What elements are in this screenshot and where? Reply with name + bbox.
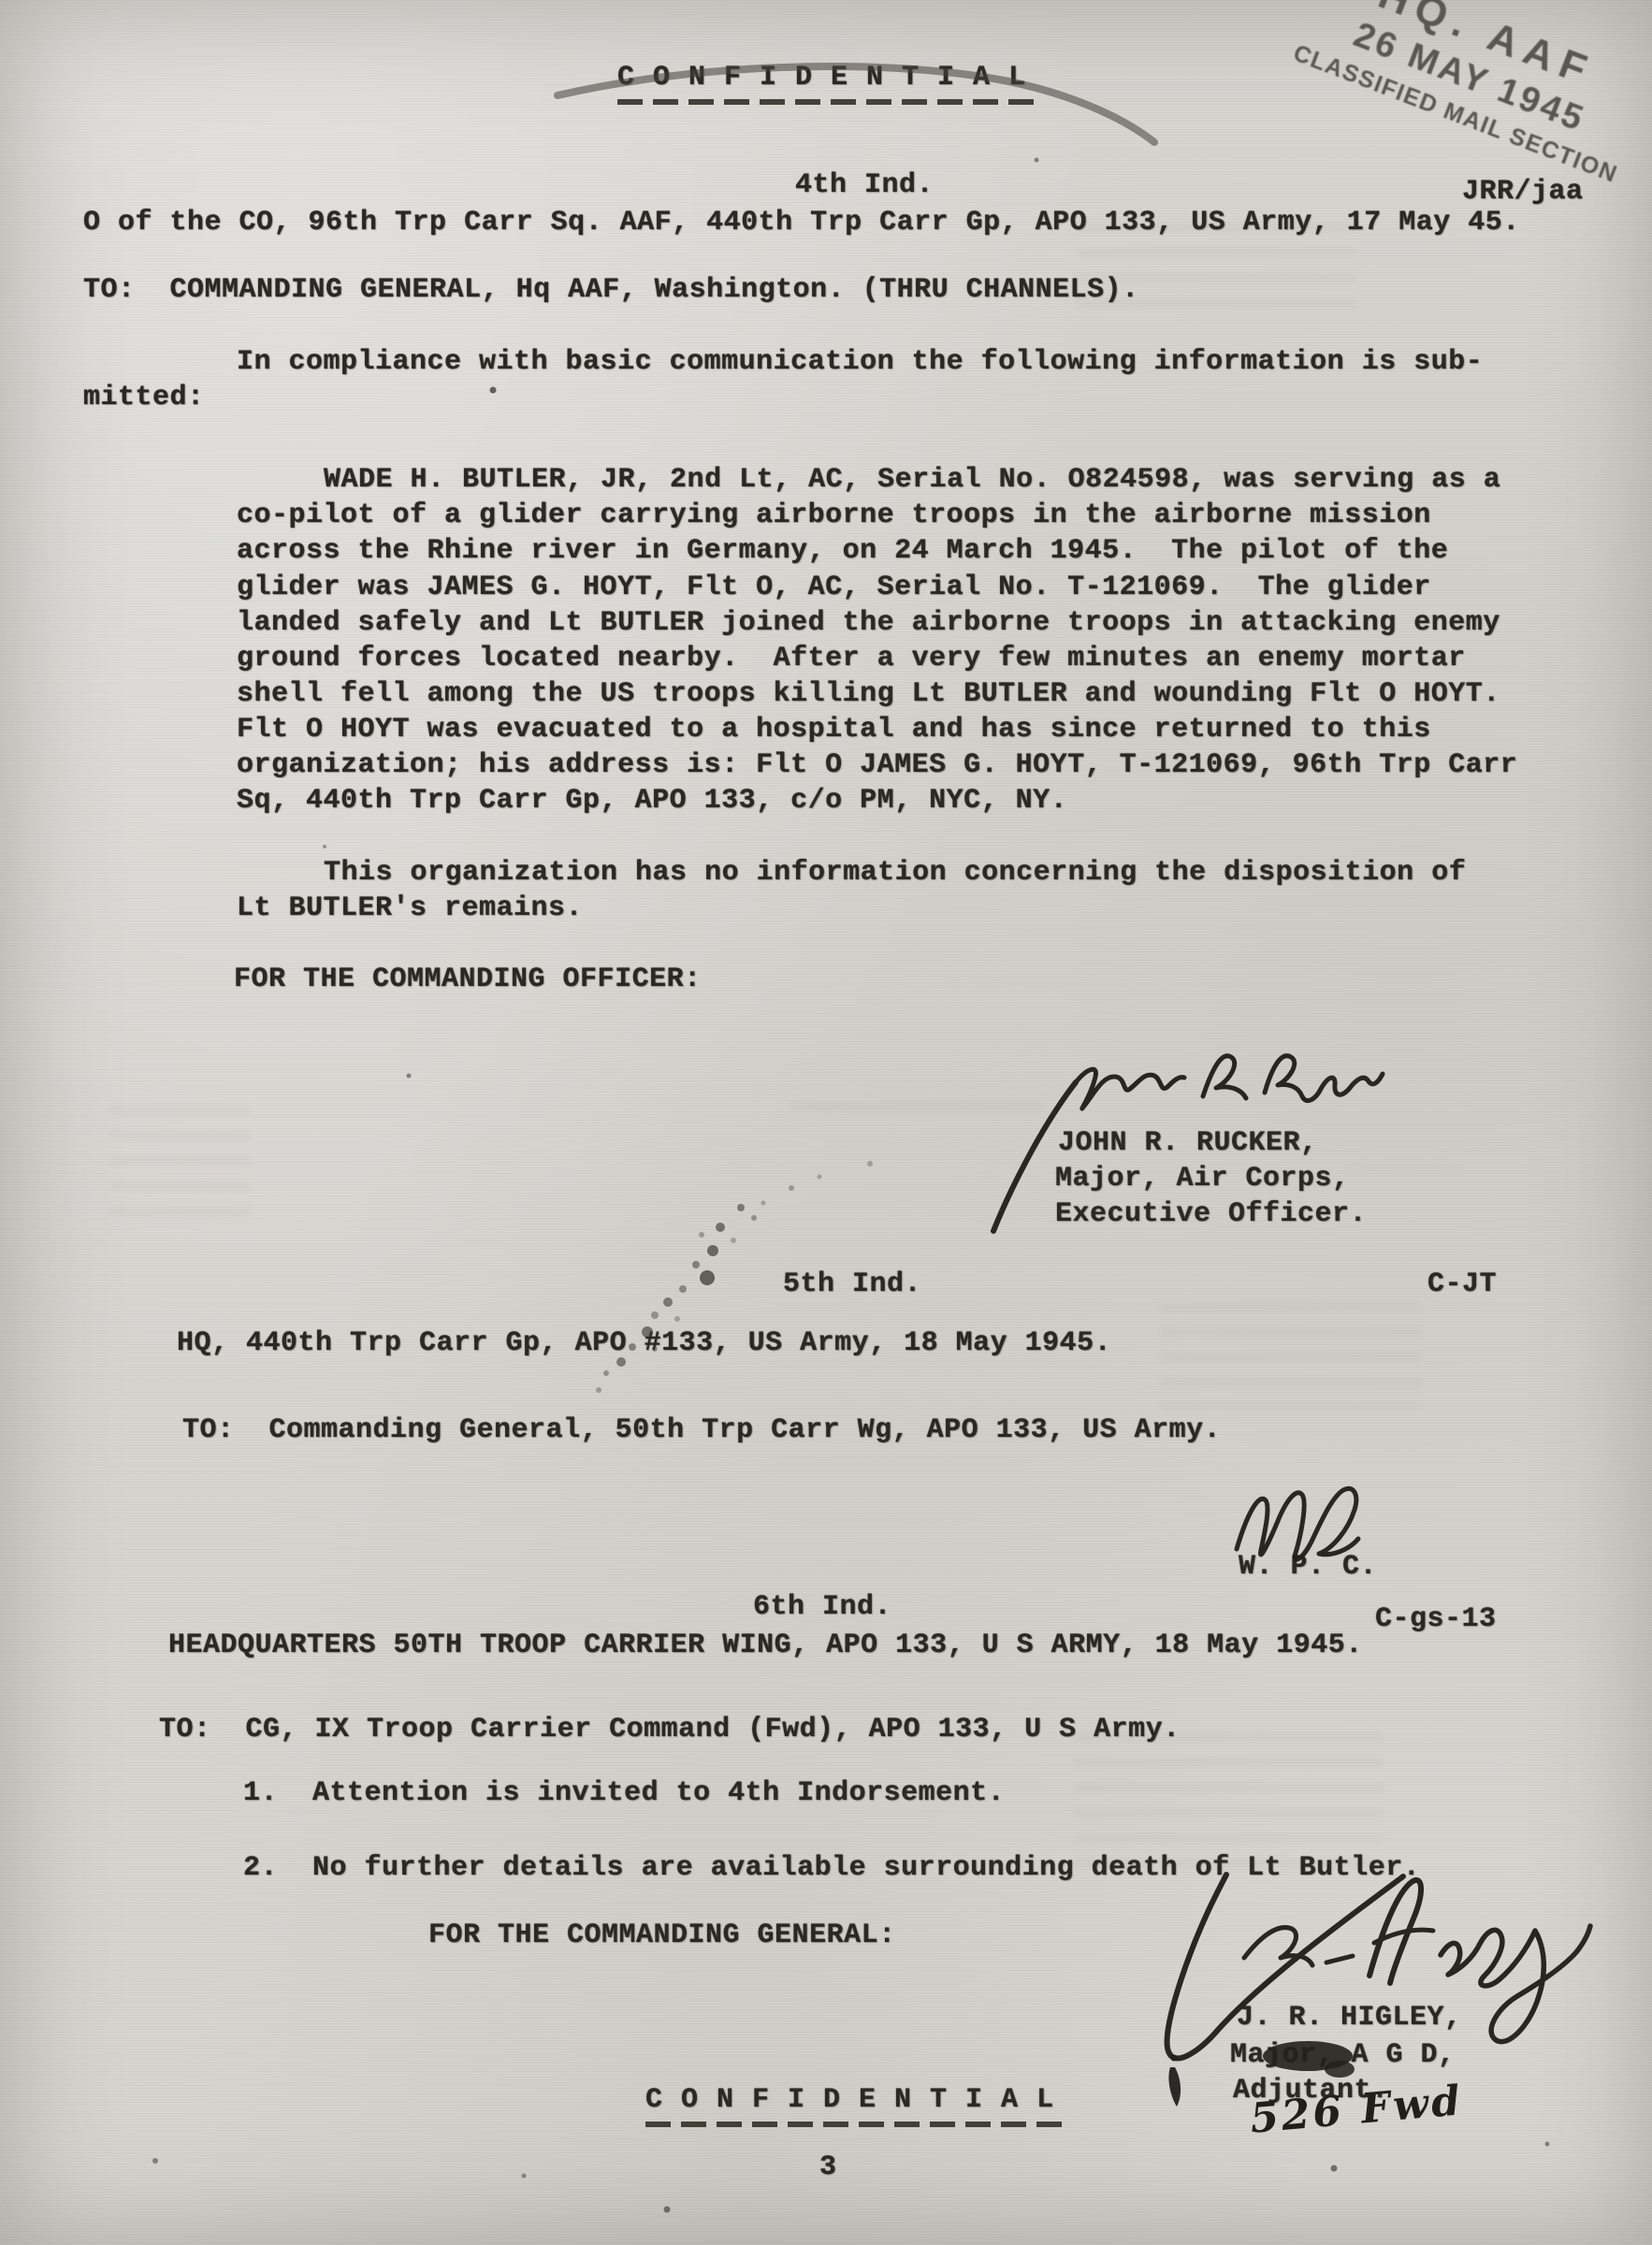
ind6-signer-name: J. R. HIGLEY, [1237, 2002, 1462, 2034]
ind4-heading: 4th Ind. [795, 169, 934, 201]
ind6-item-2: 2. No further details are available surr… [243, 1852, 1420, 1884]
ind6-signer-rank: Major, A G D, [1230, 2039, 1456, 2071]
ind4-para2-line6: ground forces located nearby. After a ve… [237, 643, 1466, 674]
classification-header: C O N F I D E N T I A L [617, 62, 1026, 94]
ind4-signer-name: JOHN R. RUCKER, [1058, 1127, 1318, 1159]
ind4-para2-line4: glider was JAMES G. HOYT, Flt O, AC, Ser… [237, 572, 1431, 603]
ind5-to-line: TO: Commanding General, 50th Trp Carr Wg… [182, 1414, 1221, 1446]
ind6-heading: 6th Ind. [753, 1591, 891, 1623]
stamp-line1: HQ. AAF [1303, 0, 1652, 123]
ind5-office-code: C-JT [1427, 1268, 1497, 1300]
ind6-origin-line: HEADQUARTERS 50TH TROOP CARRIER WING, AP… [168, 1629, 1363, 1661]
ind5-heading: 5th Ind. [783, 1268, 921, 1300]
ind4-para2-line5: landed safely and Lt BUTLER joined the a… [237, 607, 1500, 639]
bleed-through-artifact [790, 1102, 1043, 1126]
ind4-para3-line1: This organization has no information con… [324, 857, 1466, 889]
ind6-for-line: FOR THE COMMANDING GENERAL: [428, 1919, 896, 1951]
scan-vignette [0, 0, 1652, 2245]
stamp-line3: CLASSIFIED MAIL SECTION [1276, 35, 1635, 194]
ind5-signer-initials: W. P. C. [1239, 1551, 1377, 1583]
ind6-item-1: 1. Attention is invited to 4th Indorseme… [243, 1777, 1005, 1809]
ind4-para1-line1: In compliance with basic communication t… [237, 346, 1483, 378]
ind6-to-line: TO: CG, IX Troop Carrier Command (Fwd), … [159, 1714, 1181, 1745]
scanned-document-page: C O N F I D E N T I A L HQ. AAF 26 MAY 1… [0, 0, 1652, 2245]
ind4-para2-line7: shell fell among the US troops killing L… [237, 678, 1500, 710]
ind6-office-code: C-gs-13 [1375, 1603, 1497, 1635]
bleed-through-artifact [1160, 1302, 1422, 1410]
ind4-origin-line: O of the CO, 96th Trp Carr Sq. AAF, 440t… [83, 207, 1520, 239]
ind4-para2-line2: co-pilot of a glider carrying airborne t… [237, 500, 1431, 531]
typist-initials: JRR/jaa [1462, 176, 1584, 208]
classification-footer: C O N F I D E N T I A L [645, 2084, 1054, 2116]
ind4-para1-line2: mitted: [83, 382, 205, 413]
page-number: 3 [819, 2151, 837, 2183]
wpc-initials-signature [1237, 1488, 1358, 1559]
ind4-signer-title: Executive Officer. [1055, 1198, 1367, 1230]
ind4-para2-line1: WADE H. BUTLER, JR, 2nd Lt, AC, Serial N… [324, 464, 1500, 496]
ind4-to-line: TO: COMMANDING GENERAL, Hq AAF, Washingt… [83, 274, 1139, 306]
ink-overlay [0, 0, 1652, 2245]
ind5-origin-line: HQ, 440th Trp Carr Gp, APO #133, US Army… [177, 1327, 1111, 1359]
ind4-signer-rank: Major, Air Corps, [1055, 1163, 1350, 1195]
ind4-para2-line3: across the Rhine river in Germany, on 24… [237, 535, 1448, 567]
ind4-para2-line10: Sq, 440th Trp Carr Gp, APO 133, c/o PM, … [237, 785, 1067, 817]
bleed-through-artifact [110, 1106, 251, 1223]
ind4-para2-line8: Flt O HOYT was evacuated to a hospital a… [237, 714, 1431, 746]
classification-footer-underline [645, 2122, 1065, 2127]
ind4-para3-line2: Lt BUTLER's remains. [237, 892, 583, 924]
ind4-for-line: FOR THE COMMANDING OFFICER: [234, 963, 702, 995]
paper-texture [0, 0, 1652, 2245]
stamp-line2: 26 MAY 1945 [1287, 0, 1651, 164]
classification-underline [617, 99, 1040, 105]
ind4-para2-line9: organization; his address is: Flt O JAME… [237, 749, 1517, 781]
